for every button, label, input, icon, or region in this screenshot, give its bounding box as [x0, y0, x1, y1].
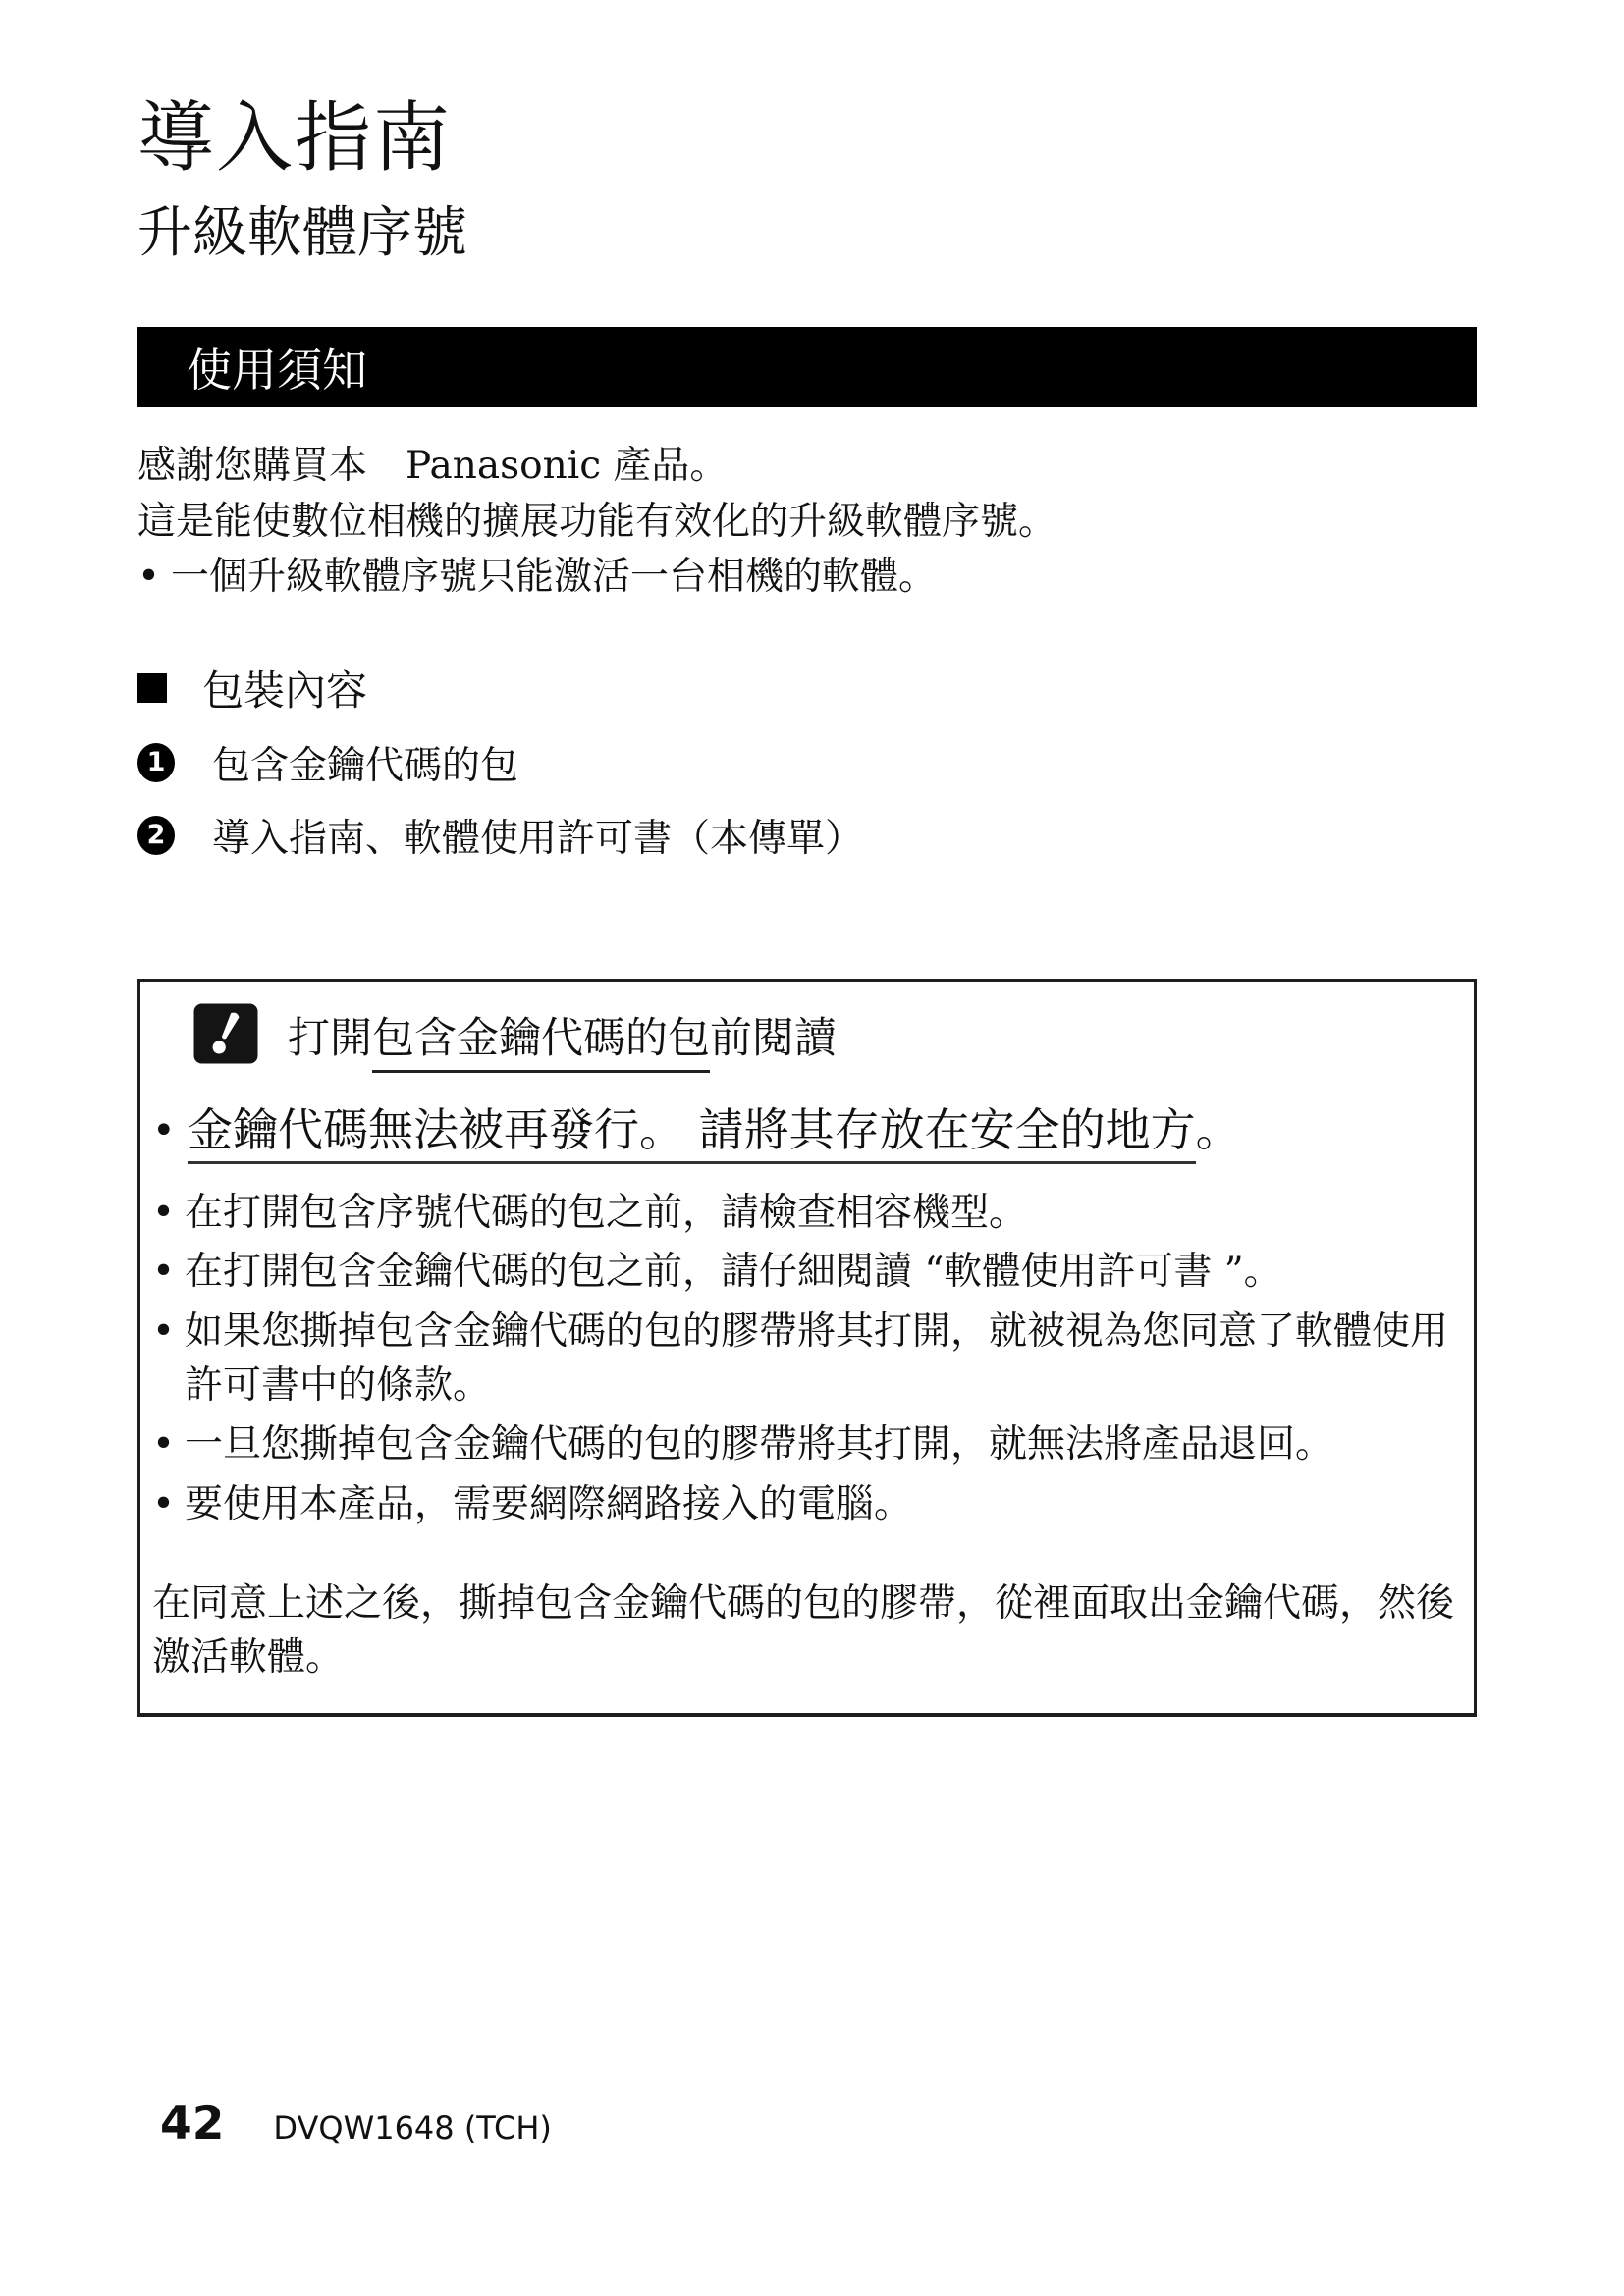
list-item: • 在打開包含序號代碼的包之前，請檢查相容機型。	[152, 1186, 1464, 1240]
document-page: 導入指南 升級軟體序號 使用須知 感謝您購買本 Panasonic 產品。 這是…	[137, 88, 1477, 1717]
bullet-marker: •	[152, 1245, 185, 1299]
warning-title-underlined: 包含金鑰代碼的包	[372, 1014, 710, 1073]
list-item: • 在打開包含金鑰代碼的包之前，請仔細閱讀 “軟體使用許可書 ”。	[152, 1245, 1464, 1299]
list-item: • 一旦您撕掉包含金鑰代碼的包的膠帶將其打開，就無法將產品退回。	[152, 1417, 1464, 1471]
list-item: • 要使用本產品，需要網際網路接入的電腦。	[152, 1477, 1464, 1531]
bullet-marker: •	[152, 1305, 185, 1414]
package-contents-label: 包裝內容	[202, 659, 367, 718]
key-warning-period: 。	[1196, 1103, 1241, 1156]
list-item: 1 包含金鑰代碼的包	[137, 735, 1477, 790]
bullet-marker: •	[152, 1477, 185, 1531]
page-number: 42	[160, 2097, 224, 2151]
section-header-label: 使用須知	[187, 335, 367, 400]
list-item: 2 導入指南、軟體使用許可書（本傳單）	[137, 808, 1477, 863]
intro-bullet-row: • 一個升級軟體序號只能激活一台相機的軟體。	[137, 550, 1477, 606]
numbered-bullet-2-icon: 2	[137, 816, 175, 855]
key-warning-underlined: 金鑰代碼無法被再發行。 請將其存放在安全的地方	[188, 1103, 1196, 1164]
bullet-marker: •	[152, 1417, 185, 1471]
intro-line-2: 這是能使數位相機的擴展功能有效化的升級軟體序號。	[137, 495, 1477, 551]
intro-bullet-text: 一個升級軟體序號只能激活一台相機的軟體。	[171, 550, 937, 606]
warning-bullet-text: 在打開包含金鑰代碼的包之前，請仔細閱讀 “軟體使用許可書 ”。	[185, 1245, 1282, 1299]
warning-bullet-text: 在打開包含序號代碼的包之前，請檢查相容機型。	[185, 1186, 1027, 1240]
package-item-label: 包含金鑰代碼的包	[212, 735, 518, 790]
numbered-bullet-1-icon: 1	[137, 743, 175, 782]
bullet-marker: •	[152, 1186, 185, 1240]
bullet-marker: •	[152, 1101, 188, 1160]
warning-bullet-text: 如果您撕掉包含金鑰代碼的包的膠帶將其打開，就被視為您同意了軟體使用許可書中的條款…	[185, 1305, 1464, 1414]
warning-box-title: 打開包含金鑰代碼的包前閱讀	[288, 1005, 837, 1065]
intro-line-1: 感謝您購買本 Panasonic 產品。	[137, 439, 1477, 495]
warning-bullet-text: 一旦您撕掉包含金鑰代碼的包的膠帶將其打開，就無法將產品退回。	[185, 1417, 1333, 1471]
list-item: • 如果您撕掉包含金鑰代碼的包的膠帶將其打開，就被視為您同意了軟體使用許可書中的…	[152, 1305, 1464, 1414]
warning-title-suffix: 前閱讀	[710, 1014, 837, 1063]
package-contents-section: 包裝內容 1 包含金鑰代碼的包 2 導入指南、軟體使用許可書（本傳單）	[137, 659, 1477, 863]
warning-title-prefix: 打開	[288, 1014, 372, 1063]
page-title: 導入指南	[137, 88, 1477, 189]
bullet-marker: •	[137, 550, 171, 606]
warning-box-header: 打開包含金鑰代碼的包前閱讀	[193, 1003, 1464, 1068]
warning-bullet-list: • 在打開包含序號代碼的包之前，請檢查相容機型。 • 在打開包含金鑰代碼的包之前…	[152, 1186, 1464, 1531]
section-header-bar: 使用須知	[137, 327, 1477, 407]
intro-paragraph: 感謝您購買本 Panasonic 產品。 這是能使數位相機的擴展功能有效化的升級…	[137, 439, 1477, 606]
document-code: DVQW1648 (TCH)	[273, 2109, 551, 2147]
package-item-label: 導入指南、軟體使用許可書（本傳單）	[212, 808, 863, 863]
page-subtitle: 升級軟體序號	[137, 195, 1477, 272]
warning-box: 打開包含金鑰代碼的包前閱讀 • 金鑰代碼無法被再發行。 請將其存放在安全的地方。…	[137, 979, 1477, 1717]
key-warning-text: 金鑰代碼無法被再發行。 請將其存放在安全的地方。	[188, 1101, 1241, 1160]
exclamation-icon	[193, 1003, 258, 1068]
page-footer: 42 DVQW1648 (TCH)	[160, 2097, 552, 2151]
package-contents-heading: 包裝內容	[137, 659, 1477, 718]
key-warning-line: • 金鑰代碼無法被再發行。 請將其存放在安全的地方。	[152, 1101, 1464, 1160]
warning-bullet-text: 要使用本產品，需要網際網路接入的電腦。	[185, 1477, 912, 1531]
black-square-icon	[137, 673, 167, 703]
warning-closing-paragraph: 在同意上述之後，撕掉包含金鑰代碼的包的膠帶，從裡面取出金鑰代碼，然後激活軟體。	[152, 1576, 1464, 1685]
